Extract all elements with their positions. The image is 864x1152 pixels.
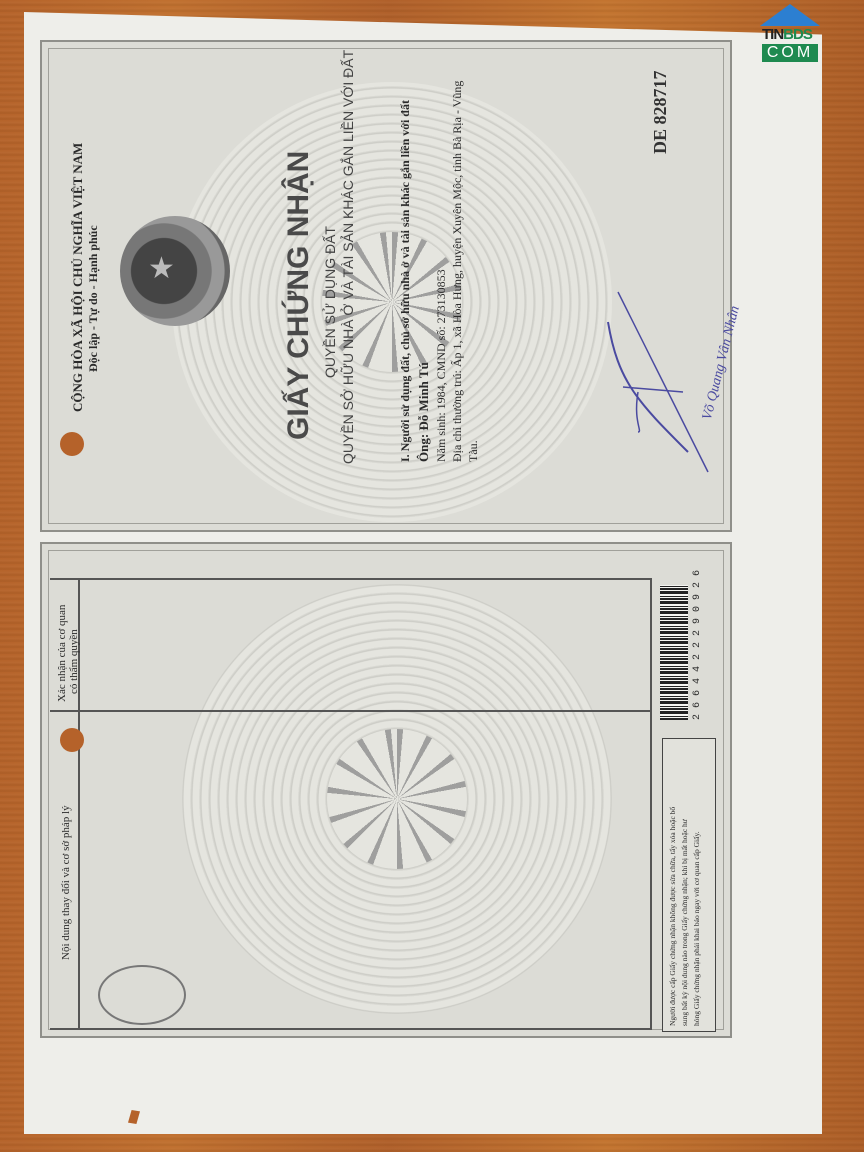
notice-line-1: Người được cấp Giấy chứng nhận không đượ… [668,807,677,1026]
table-bottom-border [50,1028,650,1030]
owner-address-line-2: Tàu. [466,440,481,462]
certificate-title: GIẤY CHỨNG NHẬN [282,151,316,440]
confirm-column-header-2: có thẩm quyền [68,629,80,694]
logo-text-top: TINBDS [762,26,812,43]
national-motto: Độc lập - Tự do - Hạnh phúc [86,225,101,372]
notice-line-2: sung bất kỳ nội dung nào trong Giấy chứn… [680,819,689,1026]
table-column-divider [50,710,650,712]
national-title: CỘNG HÒA XÃ HỘI CHỦ NGHĨA VIỆT NAM [70,143,86,412]
table-right-border [650,578,652,1030]
house-roof-icon [760,4,820,26]
logo-bds-text: BDS [783,26,812,43]
owner-address-line-1: Địa chỉ thường trú: Ấp 1, xã Hòa Hưng, h… [450,81,465,462]
punch-hole [60,728,84,752]
owner-section-heading: I. Người sử dụng đất, chủ sở hữu nhà ở v… [398,100,413,462]
tinbds-logo: TINBDS COM [758,4,822,64]
confirm-column-header-1: Xác nhận của cơ quan [56,605,68,702]
changes-column-header: Nội dung thay đổi và cơ sở pháp lý [60,805,72,960]
certificate-subtitle-2: QUYỀN SỞ HỮU NHÀ Ở VÀ TÀI SẢN KHÁC GẮN L… [340,50,356,464]
star-icon: ★ [148,254,175,284]
barcode-number: 2 6 6 4 4 2 2 2 9 0 9 2 6 [692,570,703,720]
owner-name: Ông: Đỗ Minh Tú [416,362,432,462]
bronze-drum-pattern [182,584,612,1014]
serial-number: DE 828717 [650,70,671,154]
owner-birth-id: Năm sinh: 1984, CMND số: 273130853 [434,269,449,462]
signature-icon [598,282,718,482]
punch-hole [60,432,84,456]
table-top-border [50,578,650,580]
national-emblem-icon: ★ [120,216,230,326]
barcode [660,585,688,720]
office-stamp-icon [98,965,186,1025]
logo-com-text: COM [762,44,818,62]
logo-tin-text: TIN [762,26,783,43]
certificate-subtitle-1: QUYỀN SỬ DỤNG ĐẤT [322,226,338,378]
certificate-back-page [40,542,732,1038]
drum-star-icon [327,729,467,869]
notice-line-3: hỏng Giấy chứng nhận phải khai báo ngay … [692,831,701,1026]
bronze-drum-pattern [172,82,612,522]
